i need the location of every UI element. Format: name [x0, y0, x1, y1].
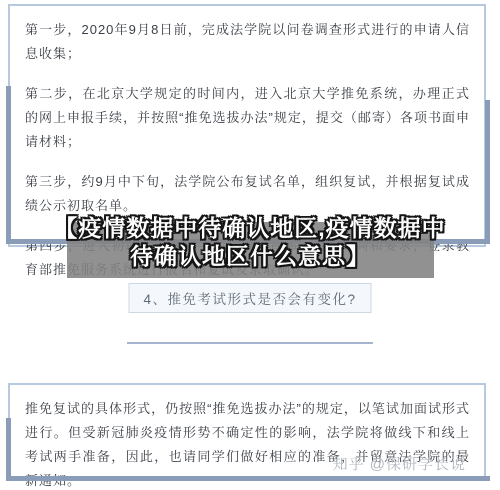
overlay-title: 【疫情数据中待确认地区,疫情数据中 待确认地区什么意思】 [0, 214, 500, 270]
overlay-title-line-1: 【疫情数据中待确认地区,疫情数据中 [0, 214, 500, 242]
step-paragraph-1: 第一步，2020年9月8日前，完成法学院以问卷调查形式进行的申请人信息收集； [25, 18, 470, 66]
frame-accent-left-bottom [6, 418, 11, 481]
frame-accent-bottom-bottom [6, 476, 490, 481]
step-paragraph-2: 第二步，在北京大学规定的时间内，进入北京大学推免系统，办理正式的网上申报手续，并… [25, 82, 470, 154]
question-box: 4、推免考试形式是否会有变化? [128, 283, 371, 313]
answer-content: 推免复试的具体形式，仍按照“推免选拔办法”的规定，以笔试加面试形式进行。但受新冠… [10, 385, 484, 490]
step-paragraph-3: 第三步，约9月中下旬，法学院公布复试名单，组织复试，并根据复试成绩公示初取名单。 [25, 170, 470, 218]
zhihu-watermark: 知乎 @保研学长说 [333, 453, 466, 474]
overlay-title-line-2: 待确认地区什么意思】 [0, 242, 500, 270]
section-divider [127, 342, 373, 344]
procedure-steps-box: 第一步，2020年9月8日前，完成法学院以问卷调查形式进行的申请人信息收集； 第… [8, 4, 486, 247]
